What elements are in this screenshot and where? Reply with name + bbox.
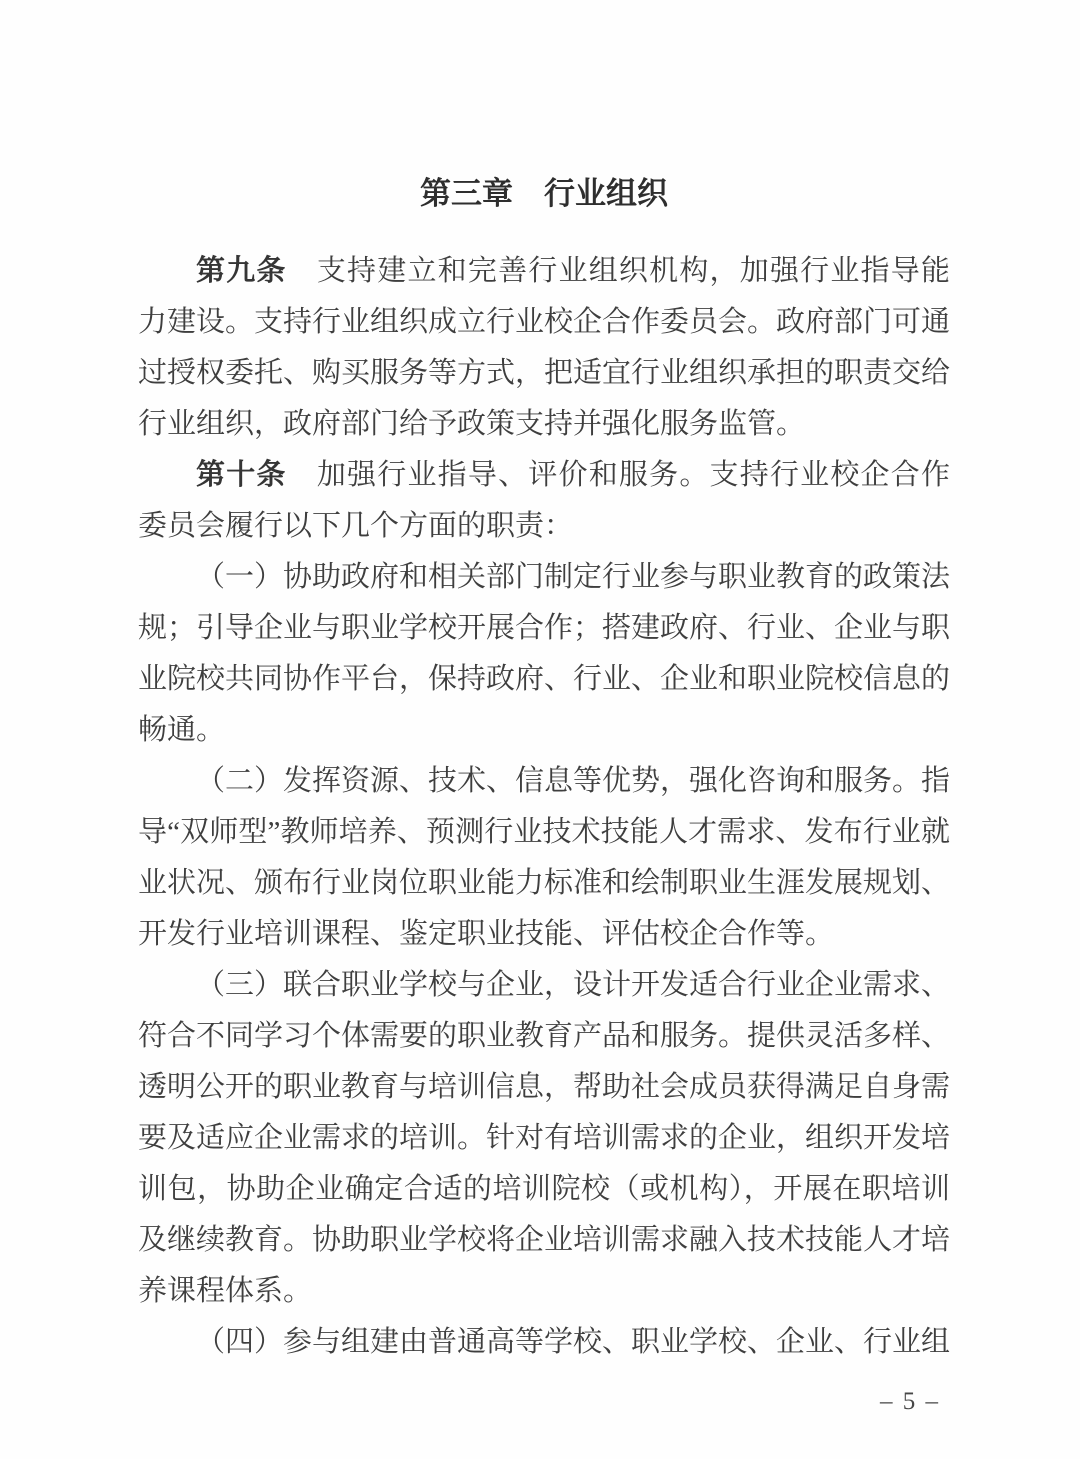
item-4-text: （四）参与组建由普通高等学校、职业学校、企业、行业组 (196, 1326, 950, 1358)
item-1-text: （一）协助政府和相关部门制定行业参与职业教育的政策法规；引导企业与职业学校开展合… (138, 561, 950, 746)
paragraph-item-2: （二）发挥资源、技术、信息等优势，强化咨询和服务。指导“双师型”教师培养、预测行… (138, 756, 950, 960)
chapter-title: 第三章 行业组织 (138, 0, 950, 213)
paragraph-item-1: （一）协助政府和相关部门制定行业参与职业教育的政策法规；引导企业与职业学校开展合… (138, 552, 950, 756)
item-2-text: （二）发挥资源、技术、信息等优势，强化咨询和服务。指导“双师型”教师培养、预测行… (138, 765, 950, 950)
page-number: – 5 – (880, 1388, 940, 1416)
scanned-document-page: 第三章 行业组织 第九条 支持建立和完善行业组织机构，加强行业指导能力建设。支持… (0, 0, 1080, 1459)
item-3-text: （三）联合职业学校与企业，设计开发适合行业企业需求、符合不同学习个体需要的职业教… (138, 969, 950, 1307)
document-content: 第三章 行业组织 第九条 支持建立和完善行业组织机构，加强行业指导能力建设。支持… (138, 0, 950, 1368)
paragraph-item-4: （四）参与组建由普通高等学校、职业学校、企业、行业组 (138, 1317, 950, 1368)
document-body: 第九条 支持建立和完善行业组织机构，加强行业指导能力建设。支持行业组织成立行业校… (138, 246, 950, 1368)
paragraph-item-3: （三）联合职业学校与企业，设计开发适合行业企业需求、符合不同学习个体需要的职业教… (138, 960, 950, 1317)
paragraph-article-10: 第十条 加强行业指导、评价和服务。支持行业校企合作委员会履行以下几个方面的职责： (138, 450, 950, 552)
article-10-number: 第十条 (196, 459, 287, 491)
article-9-number: 第九条 (196, 255, 287, 287)
paragraph-article-9: 第九条 支持建立和完善行业组织机构，加强行业指导能力建设。支持行业组织成立行业校… (138, 246, 950, 450)
